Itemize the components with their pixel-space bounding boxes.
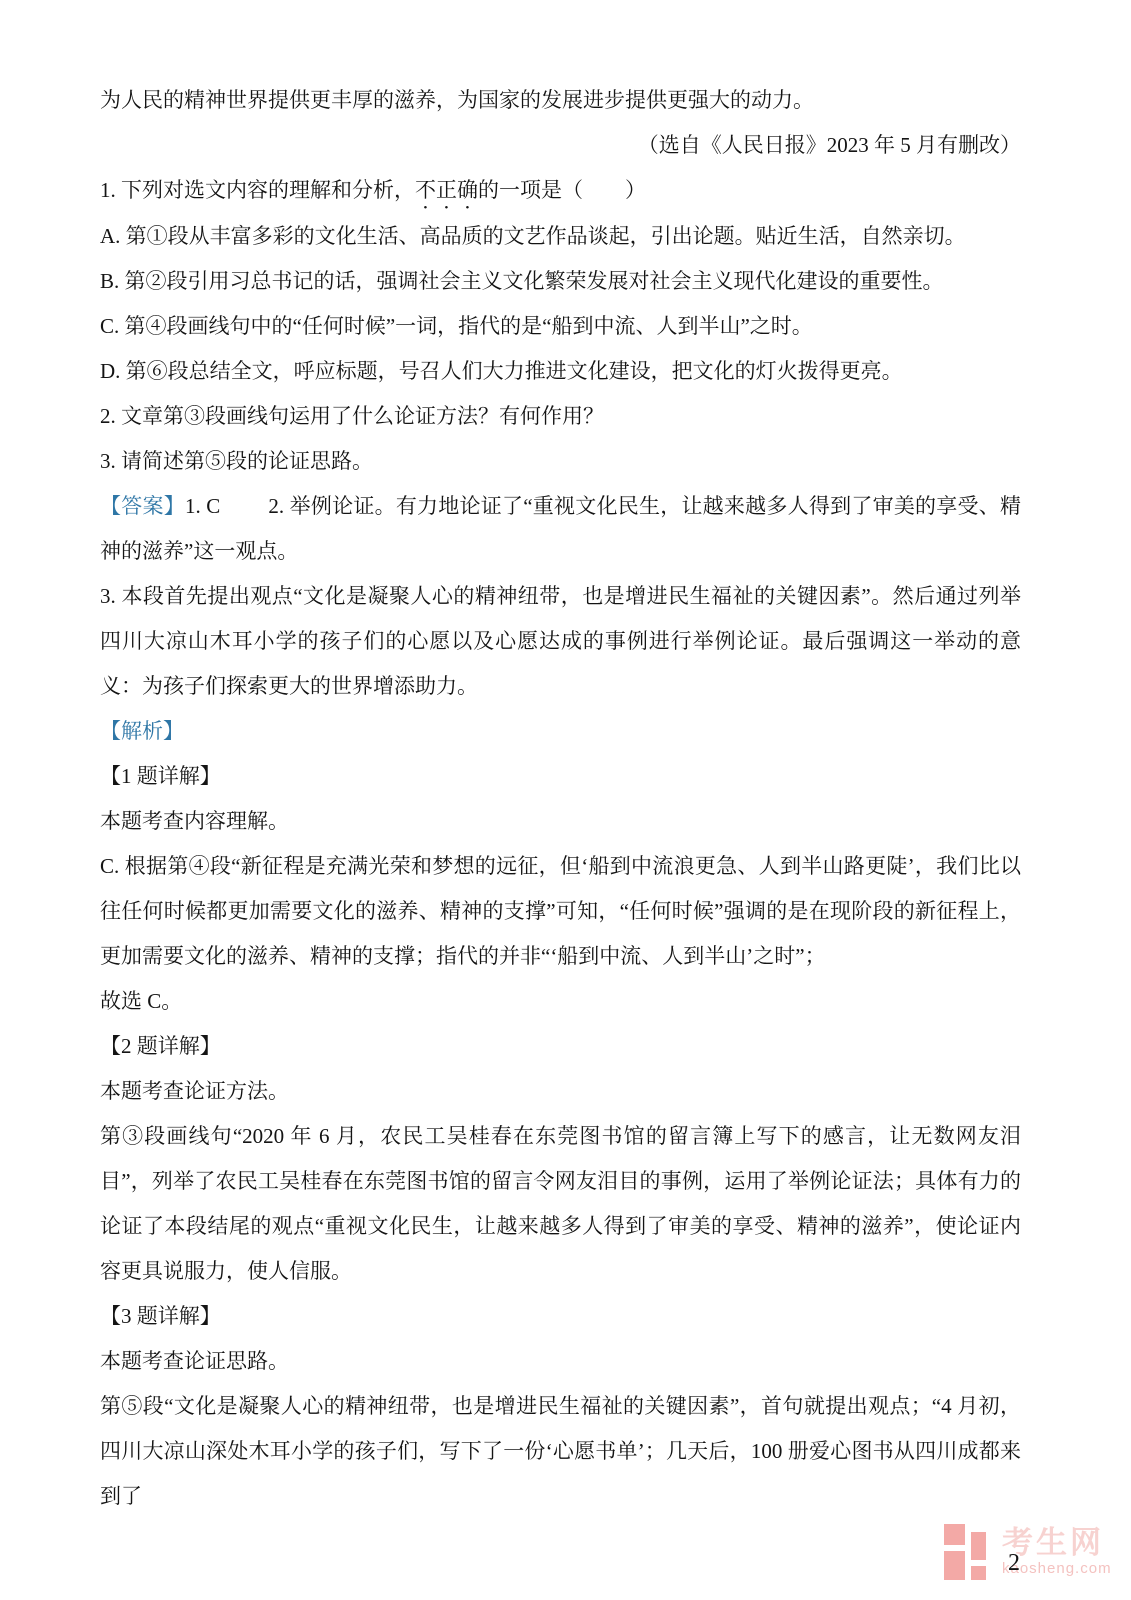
question-1-emphasis: 不正确 [415, 178, 478, 202]
analysis-section-label: 【解析】 [100, 709, 1021, 754]
detail-2-focus: 本题考查论证方法。 [100, 1069, 1021, 1114]
document-body: 为人民的精神世界提供更丰厚的滋养，为国家的发展进步提供更强大的动力。 （选自《人… [100, 78, 1021, 1519]
option-c: C. 第④段画线句中的“任何时候”一词，指代的是“船到中流、人到半山”之时。 [100, 304, 1021, 349]
detail-3-focus: 本题考查论证思路。 [100, 1339, 1021, 1384]
detail-1-conclusion: 故选 C。 [100, 979, 1021, 1024]
detail-3-title: 【3 题详解】 [100, 1294, 1021, 1339]
detail-2-body: 第③段画线句“2020 年 6 月，农民工吴桂春在东莞图书馆的留言簿上写下的感言… [100, 1114, 1021, 1294]
answer-3: 3. 本段首先提出观点“文化是凝聚人心的精神纽带，也是增进民生福祉的关键因素”。… [100, 574, 1021, 709]
answer-label: 【答案】 [100, 494, 185, 518]
option-d: D. 第⑥段总结全文，呼应标题，号召人们大力推进文化建设，把文化的灯火拨得更亮。 [100, 349, 1021, 394]
question-1: 1. 下列对选文内容的理解和分析，不正确的一项是（ ） [100, 168, 1021, 214]
question-3: 3. 请简述第⑤段的论证思路。 [100, 439, 1021, 484]
option-b: B. 第②段引用习总书记的话，强调社会主义文化繁荣发展对社会主义现代化建设的重要… [100, 259, 1021, 304]
detail-1-focus: 本题考查内容理解。 [100, 799, 1021, 844]
analysis-label: 【解析】 [100, 719, 184, 743]
document-page: 为人民的精神世界提供更丰厚的滋养，为国家的发展进步提供更强大的动力。 （选自《人… [0, 0, 1131, 1600]
kaosheng-watermark: 考生网 kaosheng.com [944, 1522, 1112, 1580]
question-2: 2. 文章第③段画线句运用了什么论证方法？有何作用？ [100, 394, 1021, 439]
answer-line: 【答案】1. C 2. 举例论证。有力地论证了“重视文化民生，让越来越多人得到了… [100, 484, 1021, 574]
question-1-post: 的一项是（ ） [478, 178, 646, 202]
option-a: A. 第①段从丰富多彩的文化生活、高品质的文艺作品谈起，引出论题。贴近生活，自然… [100, 214, 1021, 259]
kaosheng-logo-icon [944, 1522, 992, 1580]
page-number: 2 [1008, 1550, 1020, 1577]
answer-text: 1. C 2. 举例论证。有力地论证了“重视文化民生，让越来越多人得到了审美的享… [100, 494, 1021, 563]
detail-1-title: 【1 题详解】 [100, 754, 1021, 799]
detail-2-title: 【2 题详解】 [100, 1024, 1021, 1069]
detail-3-body: 第⑤段“文化是凝聚人心的精神纽带，也是增进民生福祉的关键因素”，首句就提出观点；… [100, 1384, 1021, 1519]
source-attribution: （选自《人民日报》2023 年 5 月有删改） [100, 123, 1021, 168]
question-1-pre: 1. 下列对选文内容的理解和分析， [100, 178, 415, 202]
detail-1-body: C. 根据第④段“新征程是充满光荣和梦想的远征，但‘船到中流浪更急、人到半山路更… [100, 844, 1021, 979]
paragraph-continuation: 为人民的精神世界提供更丰厚的滋养，为国家的发展进步提供更强大的动力。 [100, 78, 1021, 123]
